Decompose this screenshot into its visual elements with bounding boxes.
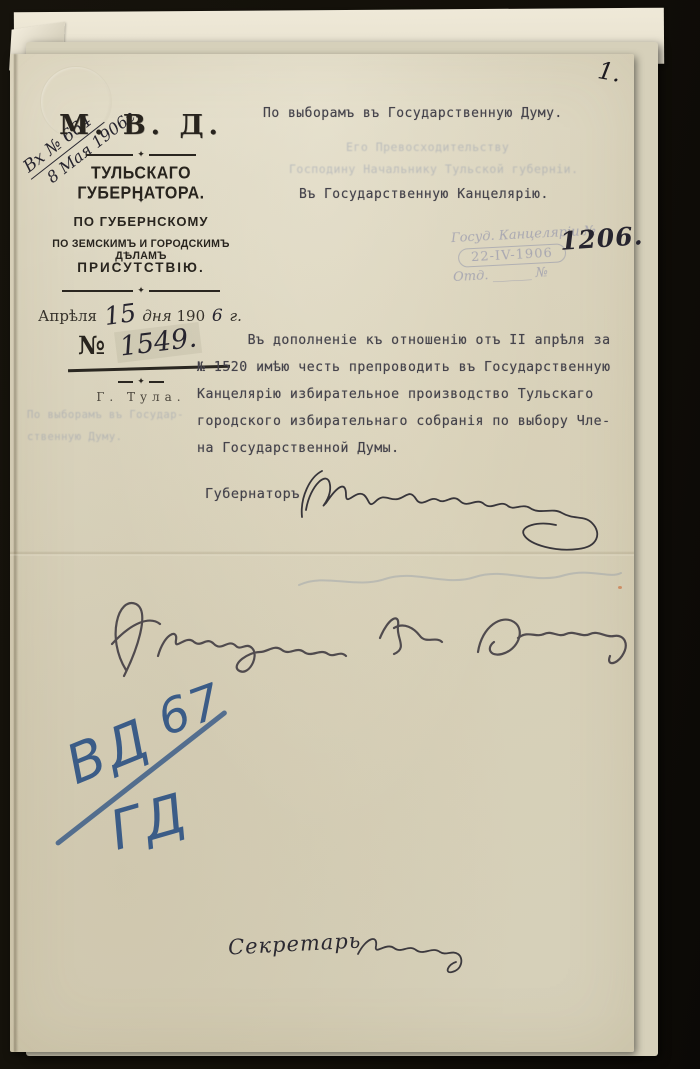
pencil-inscription [98,578,643,693]
letterhead-dept-line3: ПРИСУТСТВІЮ. [30,260,252,275]
bleedthrough-line: Господину Начальнику Тульской губерніи. [289,162,579,176]
date-day-handwritten: 15 [102,298,138,331]
folio-page-number: 1. [596,56,623,88]
fold-crease [10,551,634,556]
letter-body: Въ дополненіе къ отношенію отъ II апрѣля… [197,327,667,462]
ornament-diamond: ✦ [124,196,158,206]
governor-label: Губернаторъ [205,486,300,502]
secretary-signature [352,920,482,980]
bleedthrough-left: По выборамъ въ Государ- ственную Думу. [27,404,184,448]
scanned-document: Вх № 664 8 Мая 1906г. М. В. Д. ✦ ТУЛЬСКА… [0,0,700,1069]
ornament-rule: ✦ [62,286,220,296]
ornament-rule: ✦ [86,150,196,160]
subject-heading: По выборамъ въ Государственную Думу. [263,106,563,121]
outgoing-number-line: № 1549. [78,330,202,361]
addressee-heading: Въ Государственную Канцелярію. [299,187,549,202]
bleedthrough-line: Его Превосходительству [346,140,509,154]
date-word: дня [142,307,171,325]
ornament-rule: ✦ [118,377,164,387]
letterhead-dept-line1: ПО ГУБЕРНСКОМУ [30,214,252,229]
date-month: Апрѣля [38,307,97,325]
date-suffix: г. [230,307,242,325]
letterhead-date-line: Апрѣля 15 дня 190 6 г. [38,298,254,327]
ministry-abbreviation: М. В. Д. [35,110,247,141]
letterhead-dept-line2: ПО ЗЕМСКИМЪ И ГОРОДСКИМЪ ДѢЛАМЪ [27,238,255,262]
chancery-number-handwritten: 1206. [559,221,644,256]
governor-signature [300,455,635,555]
stamp-date: 22-IV-1906 [458,243,567,268]
numero-sign: № [78,331,105,360]
letterhead-city: Г. Тула. [72,390,210,404]
date-year-handwritten: 6 [212,306,223,326]
